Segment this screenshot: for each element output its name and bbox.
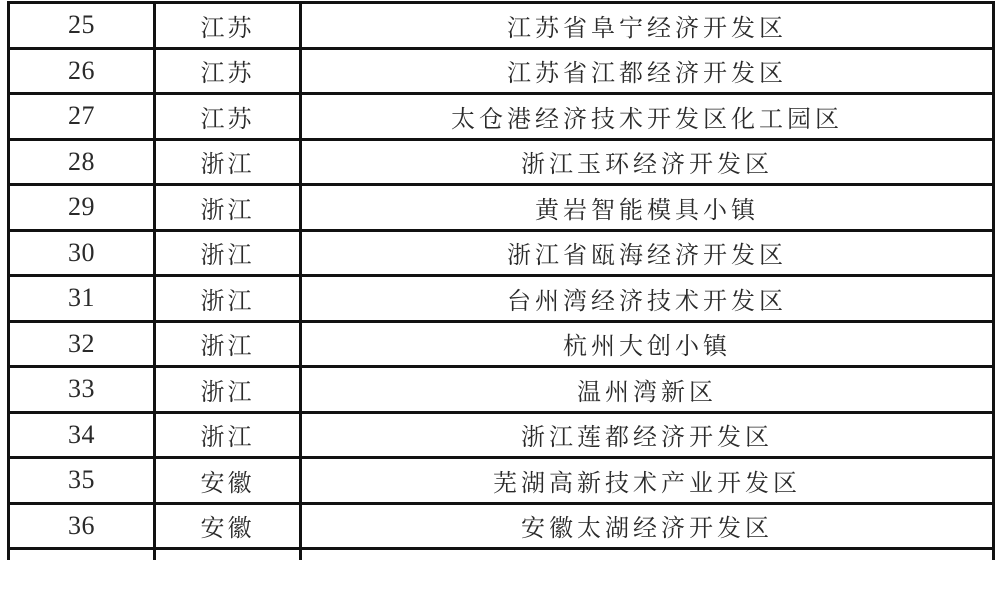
table-row: 25 江苏 江苏省阜宁经济开发区	[9, 3, 994, 49]
province-cell-empty	[155, 549, 301, 561]
zone-name-cell: 浙江省瓯海经济开发区	[301, 230, 994, 276]
table-row: 32 浙江 杭州大创小镇	[9, 321, 994, 367]
zone-name-cell: 安徽太湖经济开发区	[301, 503, 994, 549]
province-cell: 江苏	[155, 94, 301, 140]
document-page: 25 江苏 江苏省阜宁经济开发区 26 江苏 江苏省江都经济开发区 27 江苏 …	[0, 0, 1000, 589]
zone-name-cell: 浙江莲都经济开发区	[301, 412, 994, 458]
row-number-empty	[9, 549, 155, 561]
zone-name-cell: 江苏省阜宁经济开发区	[301, 3, 994, 49]
row-number: 34	[9, 412, 155, 458]
table-row: 31 浙江 台州湾经济技术开发区	[9, 276, 994, 322]
zone-name-cell: 台州湾经济技术开发区	[301, 276, 994, 322]
province-cell: 浙江	[155, 185, 301, 231]
table-row: 34 浙江 浙江莲都经济开发区	[9, 412, 994, 458]
province-cell: 浙江	[155, 321, 301, 367]
row-number: 35	[9, 458, 155, 504]
row-number: 27	[9, 94, 155, 140]
province-cell: 安徽	[155, 458, 301, 504]
table-row: 28 浙江 浙江玉环经济开发区	[9, 139, 994, 185]
development-zone-table: 25 江苏 江苏省阜宁经济开发区 26 江苏 江苏省江都经济开发区 27 江苏 …	[7, 1, 995, 560]
row-number: 32	[9, 321, 155, 367]
zone-name-cell: 浙江玉环经济开发区	[301, 139, 994, 185]
row-number: 28	[9, 139, 155, 185]
table-row: 35 安徽 芜湖高新技术产业开发区	[9, 458, 994, 504]
zone-name-cell-empty	[301, 549, 994, 561]
province-cell: 浙江	[155, 230, 301, 276]
table-row: 27 江苏 太仓港经济技术开发区化工园区	[9, 94, 994, 140]
province-cell: 浙江	[155, 276, 301, 322]
table-row: 33 浙江 温州湾新区	[9, 367, 994, 413]
table-row-partial	[9, 549, 994, 561]
table-row: 30 浙江 浙江省瓯海经济开发区	[9, 230, 994, 276]
zone-name-cell: 黄岩智能模具小镇	[301, 185, 994, 231]
zone-name-cell: 江苏省江都经济开发区	[301, 48, 994, 94]
zone-name-cell: 芜湖高新技术产业开发区	[301, 458, 994, 504]
table-row: 36 安徽 安徽太湖经济开发区	[9, 503, 994, 549]
zone-name-cell: 太仓港经济技术开发区化工园区	[301, 94, 994, 140]
zone-name-cell: 杭州大创小镇	[301, 321, 994, 367]
province-cell: 浙江	[155, 139, 301, 185]
row-number: 26	[9, 48, 155, 94]
province-cell: 安徽	[155, 503, 301, 549]
province-cell: 江苏	[155, 3, 301, 49]
row-number: 33	[9, 367, 155, 413]
table-row: 26 江苏 江苏省江都经济开发区	[9, 48, 994, 94]
table-row: 29 浙江 黄岩智能模具小镇	[9, 185, 994, 231]
province-cell: 江苏	[155, 48, 301, 94]
row-number: 31	[9, 276, 155, 322]
row-number: 29	[9, 185, 155, 231]
row-number: 30	[9, 230, 155, 276]
zone-name-cell: 温州湾新区	[301, 367, 994, 413]
province-cell: 浙江	[155, 412, 301, 458]
province-cell: 浙江	[155, 367, 301, 413]
row-number: 36	[9, 503, 155, 549]
row-number: 25	[9, 3, 155, 49]
